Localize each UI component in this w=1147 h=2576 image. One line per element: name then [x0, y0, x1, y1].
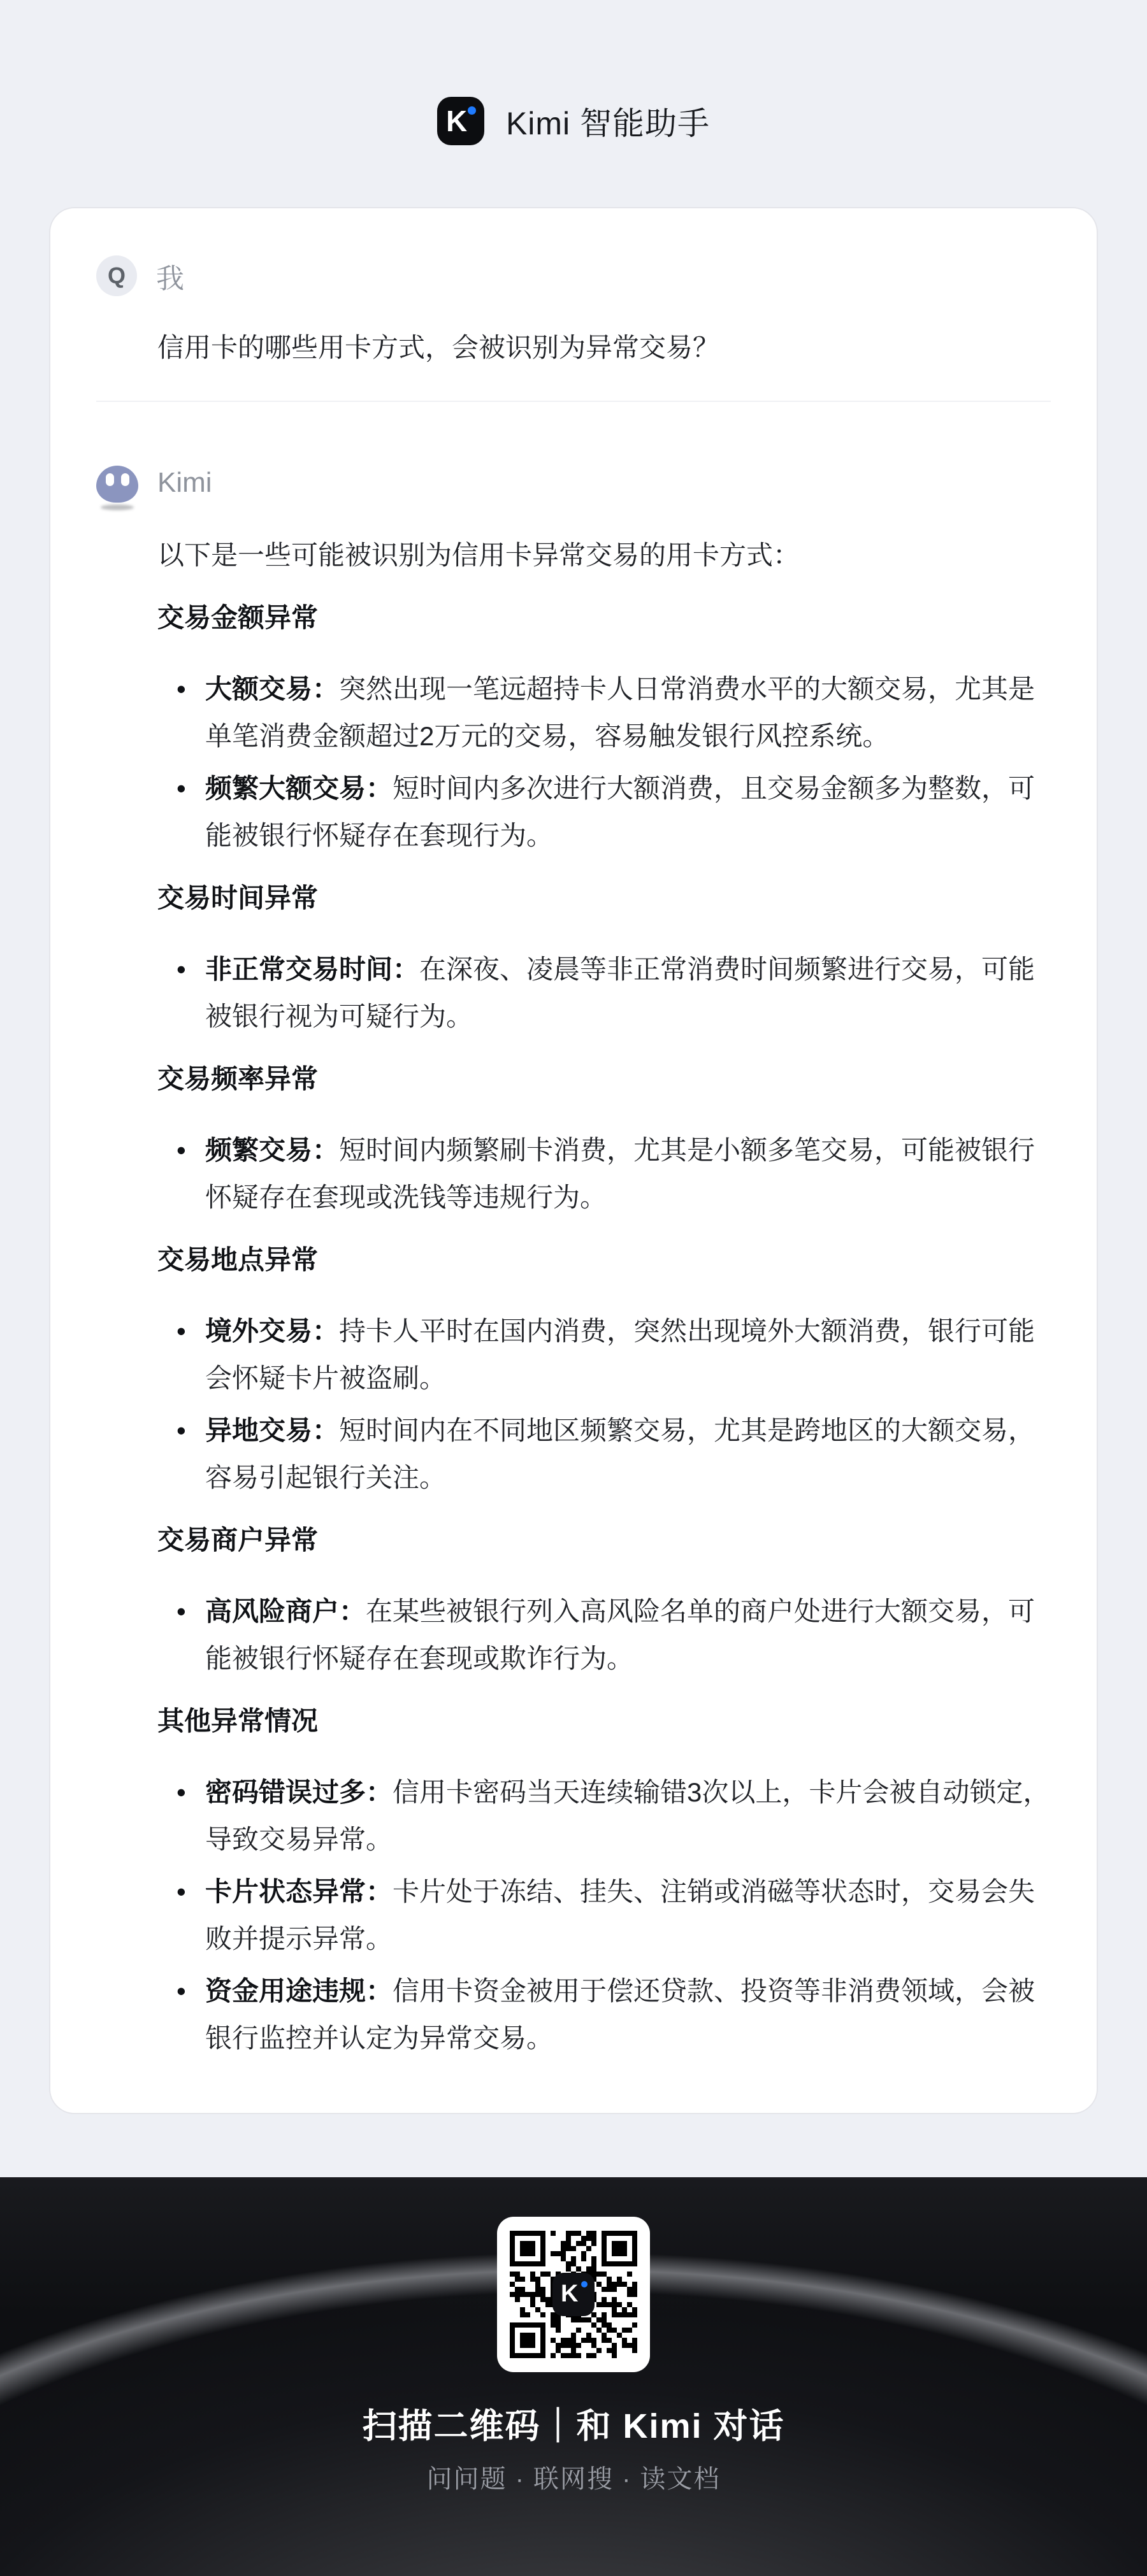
list-item: 密码错误过多：信用卡密码当天连续输错3次以上，卡片会被自动锁定，导致交易异常。 [177, 1769, 1051, 1863]
list-item: 资金用途违规：信用卡资金被用于偿还贷款、投资等非消费领域，会被银行监控并认定为异… [177, 1968, 1051, 2062]
item-term: 境外交易 [205, 1316, 312, 1346]
list-item: 卡片状态异常：卡片处于冻结、挂失、注销或消磁等状态时，交易会失败并提示异常。 [177, 1868, 1051, 1963]
answer-body: 以下是一些可能被识别为信用卡异常交易的用卡方式： 交易金额异常大额交易：突然出现… [157, 532, 1051, 2062]
list-item: 频繁交易：短时间内频繁刷卡消费，尤其是小额多笔交易，可能被银行怀疑存在套现或洗钱… [177, 1127, 1051, 1221]
list-item: 非正常交易时间：在深夜、凌晨等非正常消费时间频繁进行交易，可能被银行视为可疑行为… [177, 946, 1051, 1040]
section-heading: 交易频率异常 [157, 1061, 1051, 1098]
section-list: 高风险商户：在某些被银行列入高风险名单的商户处进行大额交易，可能被银行怀疑存在套… [157, 1588, 1051, 1682]
answer-intro: 以下是一些可能被识别为信用卡异常交易的用卡方式： [157, 532, 1051, 579]
kimi-logo-letter: K [446, 106, 467, 136]
item-term: 大额交易 [205, 674, 312, 704]
user-avatar: Q [96, 255, 137, 296]
item-separator: ： [312, 1135, 339, 1165]
kimi-avatar [96, 466, 138, 503]
item-term: 资金用途违规 [205, 1976, 366, 2006]
qr-code: K [497, 2217, 650, 2372]
kimi-share-page: K Kimi 智能助手 Q 我 信用卡的哪些用卡方式，会被识别为异常交易？ Ki… [0, 0, 1147, 2576]
answer-speaker-row: Kimi [96, 463, 1051, 503]
chat-card: Q 我 信用卡的哪些用卡方式，会被识别为异常交易？ Kimi 以下是一些可能被识… [49, 207, 1098, 2114]
qr-center-kimi-logo-icon: K [552, 2273, 595, 2316]
item-term: 异地交易 [205, 1415, 312, 1445]
item-term: 密码错误过多 [205, 1777, 366, 1807]
qr-logo-blue-dot [581, 2281, 588, 2287]
item-separator: ： [366, 773, 393, 803]
user-avatar-letter: Q [108, 262, 126, 289]
divider [96, 401, 1051, 402]
item-separator: ： [312, 1415, 339, 1445]
app-header: K Kimi 智能助手 [0, 97, 1147, 145]
user-name: 我 [156, 255, 184, 296]
item-term: 频繁大额交易 [205, 773, 366, 803]
item-term: 卡片状态异常 [205, 1877, 366, 1907]
list-item: 频繁大额交易：短时间内多次进行大额消费，且交易金额多为整数，可能被银行怀疑存在套… [177, 765, 1051, 859]
item-separator: ： [366, 1777, 393, 1807]
item-separator: ： [339, 1596, 366, 1626]
section-list: 非正常交易时间：在深夜、凌晨等非正常消费时间频繁进行交易，可能被银行视为可疑行为… [157, 946, 1051, 1040]
list-item: 大额交易：突然出现一笔远超持卡人日常消费水平的大额交易，尤其是单笔消费金额超过2… [177, 666, 1051, 760]
section-list: 密码错误过多：信用卡密码当天连续输错3次以上，卡片会被自动锁定，导致交易异常。卡… [157, 1769, 1051, 2062]
footer-feature-list: 问问题 · 联网搜 · 读文档 [0, 2459, 1147, 2495]
kimi-name: Kimi [157, 467, 212, 499]
list-item: 高风险商户：在某些被银行列入高风险名单的商户处进行大额交易，可能被银行怀疑存在套… [177, 1588, 1051, 1682]
section-heading: 交易商户异常 [157, 1522, 1051, 1559]
item-separator: ： [312, 674, 339, 704]
section-list: 频繁交易：短时间内频繁刷卡消费，尤其是小额多笔交易，可能被银行怀疑存在套现或洗钱… [157, 1127, 1051, 1221]
answer-sections: 交易金额异常大额交易：突然出现一笔远超持卡人日常消费水平的大额交易，尤其是单笔消… [157, 599, 1051, 2062]
item-separator: ： [312, 1316, 339, 1346]
item-term: 非正常交易时间 [205, 954, 393, 984]
list-item: 异地交易：短时间内在不同地区频繁交易，尤其是跨地区的大额交易，容易引起银行关注。 [177, 1407, 1051, 1501]
item-separator: ： [366, 1976, 393, 2006]
section-list: 境外交易：持卡人平时在国内消费，突然出现境外大额消费，银行可能会怀疑卡片被盗刷。… [157, 1308, 1051, 1501]
item-term: 频繁交易 [205, 1135, 312, 1165]
item-separator: ： [366, 1877, 393, 1907]
section-heading: 交易金额异常 [157, 599, 1051, 636]
question-speaker-row: Q 我 [96, 255, 1051, 296]
kimi-logo-icon: K [437, 97, 484, 145]
kimi-avatar-eye [106, 473, 114, 486]
item-separator: ： [393, 954, 419, 984]
footer-scan-title: 扫描二维码｜和 Kimi 对话 [0, 2399, 1147, 2448]
share-footer: K 扫描二维码｜和 Kimi 对话 问问题 · 联网搜 · 读文档 [0, 2177, 1147, 2576]
page-title: Kimi 智能助手 [506, 98, 710, 144]
question-text: 信用卡的哪些用卡方式，会被识别为异常交易？ [157, 324, 1051, 371]
section-heading: 交易时间异常 [157, 880, 1051, 917]
kimi-logo-blue-dot [468, 106, 476, 115]
kimi-avatar-eye [121, 473, 129, 486]
section-heading: 交易地点异常 [157, 1241, 1051, 1278]
item-term: 高风险商户 [205, 1596, 339, 1626]
list-item: 境外交易：持卡人平时在国内消费，突然出现境外大额消费，银行可能会怀疑卡片被盗刷。 [177, 1308, 1051, 1402]
section-heading: 其他异常情况 [157, 1703, 1051, 1740]
section-list: 大额交易：突然出现一笔远超持卡人日常消费水平的大额交易，尤其是单笔消费金额超过2… [157, 666, 1051, 859]
qr-logo-letter: K [561, 2281, 578, 2307]
